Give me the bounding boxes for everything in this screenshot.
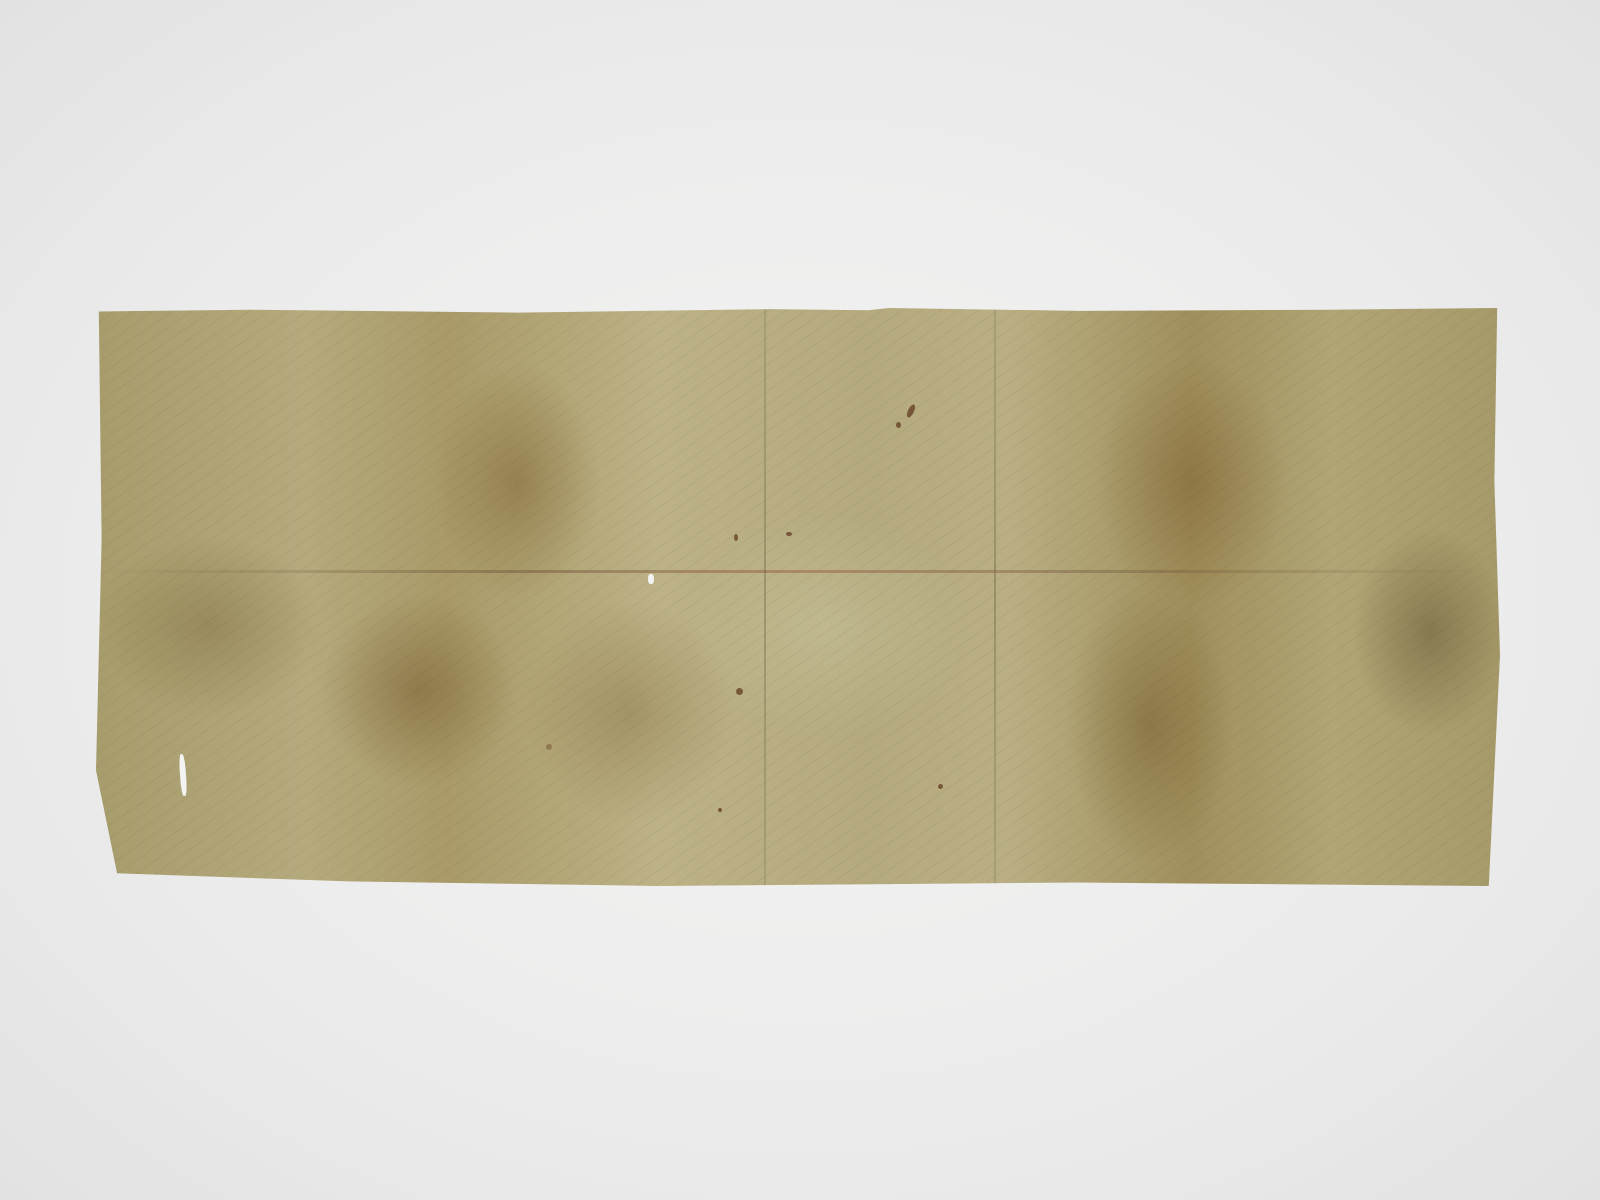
- ink-spot: [938, 784, 943, 789]
- horizontal-fold-line: [96, 570, 1500, 573]
- vertical-fold-line: [764, 308, 766, 886]
- ink-spot: [718, 808, 722, 812]
- vertical-fold-line: [994, 308, 996, 886]
- ink-spot: [546, 744, 552, 750]
- ink-spot: [734, 534, 738, 541]
- paper-crease-texture: [96, 308, 1500, 886]
- small-tear-hole: [648, 574, 654, 584]
- ink-spot: [736, 688, 743, 695]
- banknote-back: [96, 308, 1500, 886]
- ink-spot: [896, 422, 901, 428]
- ink-spot: [786, 532, 792, 536]
